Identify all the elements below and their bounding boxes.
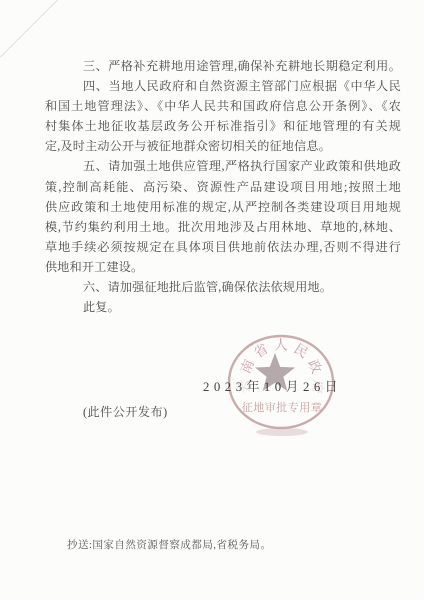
seal-inner-text: 征地审批专用章 [242,400,323,414]
body-line: 此复。 [45,297,401,317]
body-line: 四、当地人民政府和自然资源主管部门应根据《中华人民共 [45,76,401,96]
document-page: 三、严格补充耕地用途管理,确保补充耕地长期稳定利用。 四、当地人民政府和自然资源… [0,0,424,600]
body-line: 和国土地管理法》、《中华人民共和国政府信息公开条例》、《农 [45,96,401,116]
body-line: 五、请加强土地供应管理,严格执行国家产业政策和供地政 [45,156,401,176]
document-date: 2023年10月26日 [203,376,342,395]
body-line: 村集体土地征收基层政务公开标准指引》和征地管理的有关规 [45,116,401,136]
body-line: 草地手续必须按规定在具体项目供地前依法办理,否则不得进行 [45,237,401,257]
document-body: 三、严格补充耕地用途管理,确保补充耕地长期稳定利用。 四、当地人民政府和自然资源… [45,56,401,317]
seal-arc-char: 政 [305,357,324,376]
body-line: 供地和开工建设。 [45,257,401,277]
body-line: 供应政策和土地使用标准的规定,从严控制各类建设项目用地规 [45,197,401,217]
seal-smudge [256,428,308,436]
cc-line: 抄送:国家自然资源督察成都局,省税务局。 [67,537,272,552]
body-line: 模,节约集约利用土地。批次用地涉及占用林地、草地的,林地、 [45,217,401,237]
seal-arc-char: 人 [274,338,288,353]
seal-arc-char: 民 [291,341,310,361]
scan-edge-artifact [0,0,60,58]
seal-arc-char: 南 [237,357,257,376]
body-line: 定,及时主动公开与被征地群众密切相关的征地信息。 [45,136,401,156]
public-release-note: (此件公开发布) [83,403,168,420]
body-line: 三、严格补充耕地用途管理,确保补充耕地长期稳定利用。 [45,56,401,76]
body-line: 策,控制高耗能、高污染、资源性产品建设项目用地;按照土地 [45,177,401,197]
body-line: 六、请加强征地批后监管,确保依法依规用地。 [45,277,401,297]
